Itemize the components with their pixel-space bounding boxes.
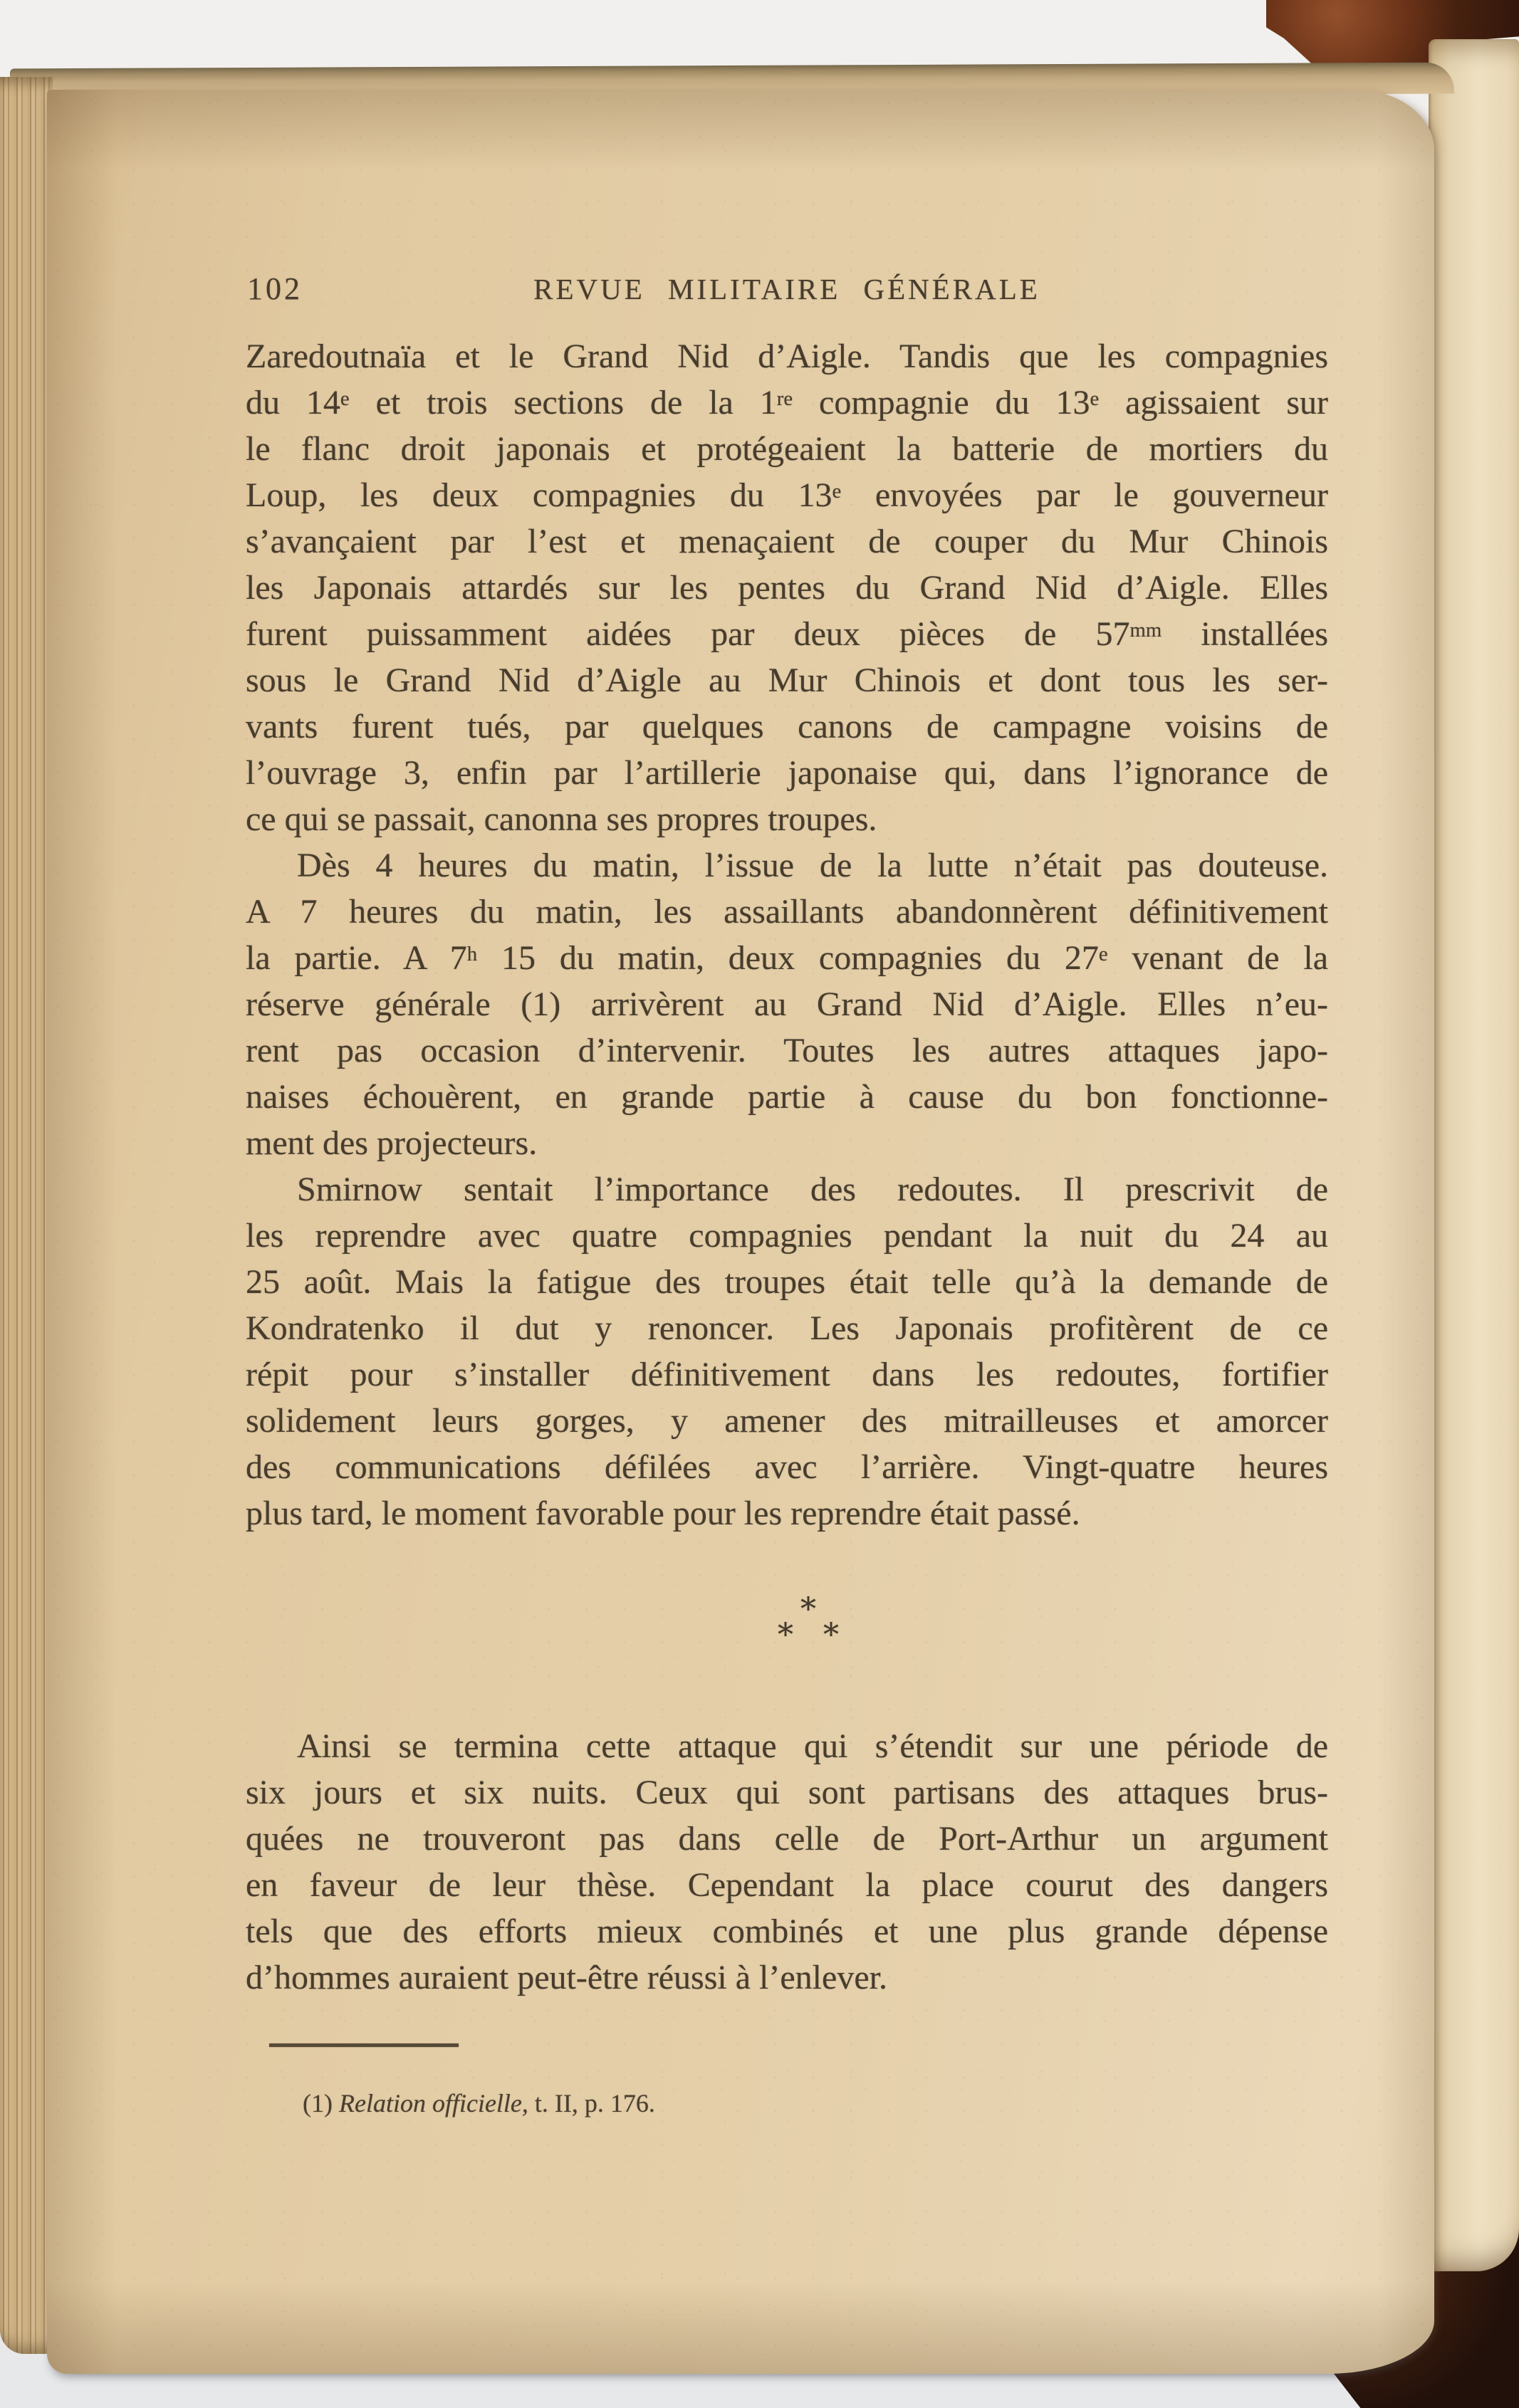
body-text-block: Zaredoutnaïa et le Grand Nid d’Aigle. Ta… — [246, 333, 1328, 1537]
printed-content: 102 REVUE MILITAIRE GÉNÉRALE Zaredoutnaï… — [0, 0, 1519, 2408]
text-line: réserve générale (1) arrivèrent au Grand… — [246, 981, 1328, 1027]
asterism-bottom: * * — [737, 1623, 879, 1648]
text-line: répit pour s’installer définitivement da… — [246, 1351, 1328, 1398]
text-line: sous le Grand Nid d’Aigle au Mur Chinois… — [246, 657, 1328, 703]
text-line: Zaredoutnaïa et le Grand Nid d’Aigle. Ta… — [246, 333, 1328, 379]
text-line: tels que des efforts mieux combinés et u… — [246, 1908, 1328, 1954]
text-line: du 14e et trois sections de la 1re compa… — [246, 379, 1328, 426]
text-line: rent pas occasion d’intervenir. Toutes l… — [246, 1027, 1328, 1074]
text-line: plus tard, le moment favorable pour les … — [246, 1490, 1328, 1537]
text-line: le flanc droit japonais et protégeaient … — [246, 426, 1328, 472]
text-line: Dès 4 heures du matin, l’issue de la lut… — [246, 842, 1328, 889]
scanned-book-photo: { "header": { "page_number": "102", "run… — [0, 0, 1519, 2408]
footnote-title: Relation officielle, — [339, 2089, 528, 2118]
text-line: furent puissamment aidées par deux pièce… — [246, 611, 1328, 657]
text-line: A 7 heures du matin, les assaillants aba… — [246, 889, 1328, 935]
text-line: ment des projecteurs. — [246, 1120, 1328, 1166]
text-line: six jours et six nuits. Ceux qui sont pa… — [246, 1769, 1328, 1816]
text-line: solidement leurs gorges, y amener des mi… — [246, 1398, 1328, 1444]
text-line: naises échouèrent, en grande partie à ca… — [246, 1074, 1328, 1120]
text-line: 25 août. Mais la fatigue des troupes éta… — [246, 1259, 1328, 1305]
running-title: REVUE MILITAIRE GÉNÉRALE — [246, 272, 1328, 306]
footnote-rule — [269, 2043, 459, 2047]
text-line: Kondratenko il dut y renoncer. Les Japon… — [246, 1305, 1328, 1351]
text-line: Smirnow sentait l’importance des redoute… — [246, 1166, 1328, 1213]
asterism-separator: * * * — [737, 1597, 879, 1648]
footnote-marker: (1) — [303, 2089, 333, 2118]
text-line: les Japonais attardés sur les pentes du … — [246, 565, 1328, 611]
text-line: ce qui se passait, canonna ses propres t… — [246, 796, 1328, 842]
text-line: quées ne trouveront pas dans celle de Po… — [246, 1816, 1328, 1862]
text-line: vants furent tués, par quelques canons d… — [246, 703, 1328, 750]
text-line: Ainsi se termina cette attaque qui s’éte… — [246, 1723, 1328, 1769]
text-line: Loup, les deux compagnies du 13e envoyée… — [246, 472, 1328, 518]
footnote-reference: t. II, p. 176. — [528, 2089, 655, 2118]
text-line: des communications défilées avec l’arriè… — [246, 1444, 1328, 1490]
footnote: (1) Relation officielle, t. II, p. 176. — [303, 2088, 655, 2118]
closing-text-block: Ainsi se termina cette attaque qui s’éte… — [246, 1723, 1328, 2001]
text-line: en faveur de leur thèse. Cependant la pl… — [246, 1862, 1328, 1908]
text-line: la partie. A 7h 15 du matin, deux compag… — [246, 935, 1328, 981]
text-line: l’ouvrage 3, enfin par l’artillerie japo… — [246, 750, 1328, 796]
text-line: d’hommes auraient peut-être réussi à l’e… — [246, 1954, 1328, 2001]
text-line: s’avançaient par l’est et menaçaient de … — [246, 518, 1328, 565]
text-line: les reprendre avec quatre compagnies pen… — [246, 1213, 1328, 1259]
